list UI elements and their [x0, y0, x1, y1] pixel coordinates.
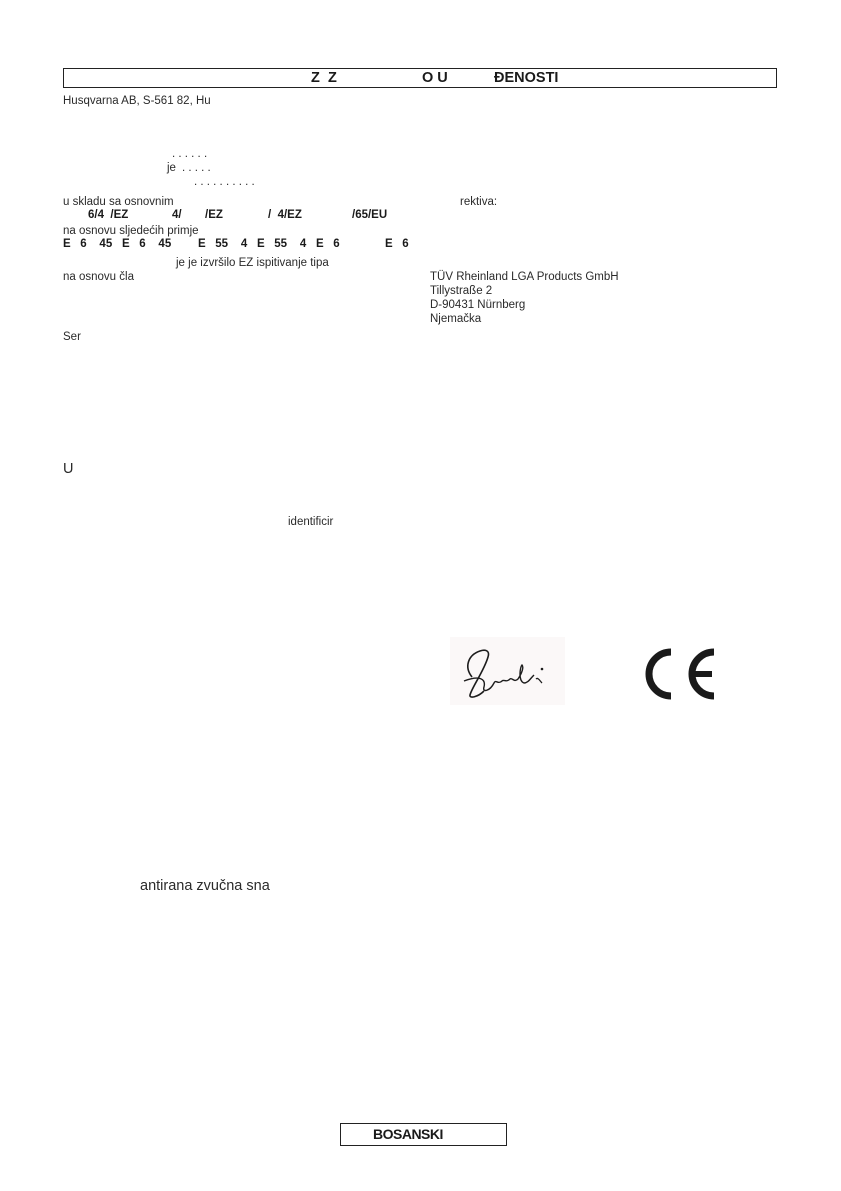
directive-item: /65/EU: [352, 208, 387, 222]
serial-fragment: Ser: [63, 330, 81, 344]
standard-item: E 55 4: [257, 237, 306, 251]
ce-mark-icon: [638, 644, 720, 704]
title-fragment: O U: [422, 70, 448, 87]
standards-intro: na osnovu sljedećih primje: [63, 224, 199, 238]
directives-intro: u skladu sa osnovnim: [63, 195, 174, 209]
directives-suffix: rektiva:: [460, 195, 497, 209]
standard-item: E 6 45: [122, 237, 171, 251]
signature-image: [450, 637, 565, 705]
dots-placeholder: . . . . . .: [172, 147, 207, 161]
standard-item: E 6: [316, 237, 340, 251]
notified-body-country: Njemačka: [430, 312, 481, 326]
standard-item: E 6 45: [63, 237, 112, 251]
title-fragment: Z: [328, 70, 337, 87]
article-intro: na osnovu čla: [63, 270, 134, 284]
declaration-word: je: [167, 161, 176, 175]
notified-body-street: Tillystraße 2: [430, 284, 492, 298]
manufacturer-address: Husqvarna AB, S-561 82, Hu: [63, 94, 211, 108]
standard-item: E 6: [385, 237, 409, 251]
identification-fragment: identificir: [288, 515, 333, 529]
directive-item: /EZ: [205, 208, 223, 222]
notified-body-city: D-90431 Nürnberg: [430, 298, 525, 312]
title-fragment: Z: [311, 70, 320, 87]
language-label-box: BOSANSKI: [340, 1123, 507, 1146]
type-examination-text: je je izvršilo EZ ispitivanje tipa: [176, 256, 329, 270]
directive-item: 4/: [172, 208, 182, 222]
dots-placeholder: . . . . . . . . . .: [194, 175, 255, 189]
notified-body-name: TÜV Rheinland LGA Products GmbH: [430, 270, 619, 284]
standard-item: E 55 4: [198, 237, 247, 251]
declaration-title-box: Z Z O U ĐENOSTI: [63, 68, 777, 88]
sound-power-fragment: antirana zvučna sna: [140, 878, 270, 895]
language-label: BOSANSKI: [373, 1126, 443, 1142]
directive-item: / 4/EZ: [268, 208, 302, 222]
u-fragment: U: [63, 461, 73, 478]
directive-item: 6/4 /EZ: [88, 208, 128, 222]
title-fragment: ĐENOSTI: [494, 70, 558, 87]
dots-placeholder: . . . . .: [182, 161, 211, 175]
